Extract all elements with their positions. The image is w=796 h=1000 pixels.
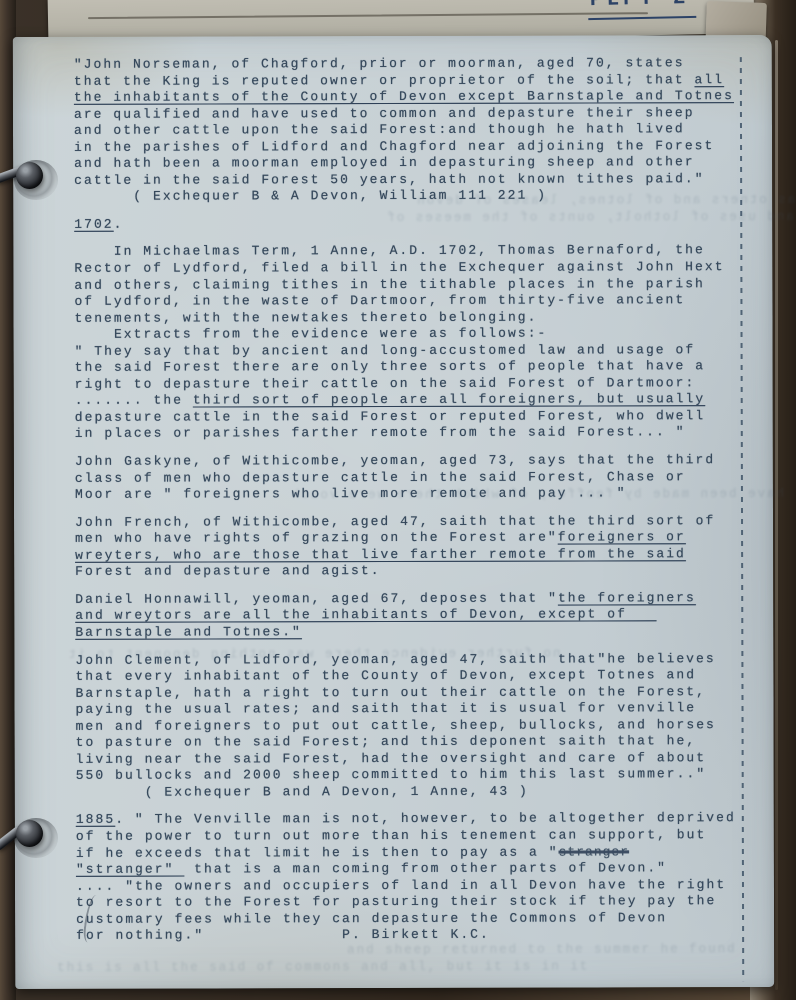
bleed-through-text: no further evidence there was nothing de… xyxy=(66,647,560,662)
text-line: Barnstaple and Totnes." xyxy=(75,623,739,641)
text-line: John Gaskyne, of Withicombe, yeoman, age… xyxy=(75,452,739,470)
text-line: of the power to turn out more than his t… xyxy=(76,827,740,845)
text-segment: right to depasture their cattle on the s… xyxy=(75,375,696,392)
text-segment: Barnstaple, hath a right to turn out the… xyxy=(75,684,706,701)
text-segment: . " The Venville man is not, however, to… xyxy=(115,811,736,828)
text-segment: living near the said Forest, had the ove… xyxy=(76,750,707,767)
text-line: 1885. " The Venville man is not, however… xyxy=(76,811,740,829)
text-line: and other cattle upon the said Forest:an… xyxy=(74,121,738,139)
text-segment: to resort to the Forest for pasturing th… xyxy=(76,893,716,910)
bleed-through-text: might have been made by feoffes, of whic… xyxy=(290,487,796,502)
text-segment: that every inhabitant of the County of D… xyxy=(75,667,696,684)
underlined-text: 1885 xyxy=(76,812,115,827)
back-sheet-fold-line xyxy=(88,12,648,19)
text-line: and others, claiming tithes in the titha… xyxy=(74,276,738,294)
underlined-text: wreyters, who are those that live farthe… xyxy=(75,546,686,563)
underlined-text: Barnstaple and Totnes." xyxy=(75,624,302,640)
binder-post-top xyxy=(0,146,70,216)
text-line: right to depasture their cattle on the s… xyxy=(75,375,739,393)
underlined-text: all xyxy=(694,72,724,87)
text-segment: In Michaelmas Term, 1 Anne, A.D. 1702, T… xyxy=(74,243,705,260)
back-page-label: PLPT 2 xyxy=(588,0,696,20)
text-segment: the said Forest there are only three sor… xyxy=(75,358,706,375)
text-line: John French, of Withicombe, aged 47, sai… xyxy=(75,513,739,531)
text-line: .... "the owners and occupiers of land i… xyxy=(76,877,740,895)
text-segment: tenements, with the newtakes thereto bel… xyxy=(74,309,537,325)
underlined-text: third sort of people are all foreigners,… xyxy=(193,392,705,408)
text-segment: Extracts from the evidence were as follo… xyxy=(75,326,548,342)
text-segment: class of men who depasture cattle in the… xyxy=(75,469,686,486)
underlined-text: and wreytors are all the inhabitants of … xyxy=(75,607,656,624)
underlying-page-edge xyxy=(775,40,778,990)
document-page: "John Norseman, of Chagford, prior or mo… xyxy=(13,35,774,989)
text-segment: .... "the owners and occupiers of land i… xyxy=(76,877,726,894)
text-line: "stranger" that is a man coming from oth… xyxy=(76,860,740,878)
text-line: are qualified and have used to common an… xyxy=(74,105,738,123)
binder-post-bottom xyxy=(0,804,70,874)
text-segment: John Gaskyne, of Withicombe, yeoman, age… xyxy=(75,452,715,469)
text-line: customary fees while they can depasture … xyxy=(76,910,740,928)
text-line: 550 bullocks and 2000 sheep committed to… xyxy=(76,766,740,784)
paragraph: "John Norseman, of Chagford, prior or mo… xyxy=(74,55,738,206)
text-line: Daniel Honnawill, yeoman, aged 67, depos… xyxy=(75,590,739,608)
text-line: living near the said Forest, had the ove… xyxy=(76,750,740,768)
text-segment: cattle in the said Forest 50 years, hath… xyxy=(74,171,705,188)
text-line: to resort to the Forest for pasturing th… xyxy=(76,893,740,911)
binder-post-head xyxy=(16,820,43,847)
paragraph: Daniel Honnawill, yeoman, aged 67, depos… xyxy=(75,590,739,641)
text-line: tenements, with the newtakes thereto bel… xyxy=(74,309,738,327)
text-segment: in the parishes of Lidford and Chagford … xyxy=(74,138,714,155)
text-segment: "John Norseman, of Chagford, prior or mo… xyxy=(74,55,685,72)
underlined-text: the inhabitants of the County of Devon e… xyxy=(74,88,734,105)
underlined-text: "stranger" xyxy=(76,862,184,877)
text-segment: in places or parishes farther remote fro… xyxy=(75,425,686,442)
text-line: to pasture on the said Forest; and this … xyxy=(76,733,740,751)
text-line: Rector of Lydford, filed a bill in the E… xyxy=(74,259,738,277)
text-segment: Rector of Lydford, filed a bill in the E… xyxy=(74,259,724,276)
text-line: men and foreigners to put out cattle, sh… xyxy=(76,717,740,735)
text-segment: that the King is reputed owner or propri… xyxy=(74,72,695,89)
paragraph: John Clement, of Lidford, yeoman, aged 4… xyxy=(75,651,739,802)
text-line: in the parishes of Lidford and Chagford … xyxy=(74,138,738,156)
text-line: in places or parishes farther remote fro… xyxy=(75,425,739,443)
bleed-through-text: this is all the said of commons and all,… xyxy=(57,959,589,974)
bleed-through-text: and sheep returned to the summer he foun… xyxy=(347,942,737,957)
text-line: if he exceeds that limit he is then to p… xyxy=(76,844,740,862)
text-segment: ....... the xyxy=(75,393,193,408)
text-line: cattle in the said Forest 50 years, hath… xyxy=(74,171,738,189)
text-line: In Michaelmas Term, 1 Anne, A.D. 1702, T… xyxy=(74,243,738,261)
text-line: the inhabitants of the County of Devon e… xyxy=(74,88,738,106)
text-segment: and hath been a moorman employed in depa… xyxy=(74,154,695,171)
text-line: the said Forest there are only three sor… xyxy=(75,358,739,376)
text-line: wreyters, who are those that live farthe… xyxy=(75,546,739,564)
paragraph: 1885. " The Venville man is not, however… xyxy=(76,811,740,945)
text-segment: John French, of Withicombe, aged 47, sai… xyxy=(75,513,715,530)
underlined-text: foreigners or xyxy=(558,529,686,544)
text-segment: to pasture on the said Forest; and this … xyxy=(76,733,697,750)
bleed-through-text: pasture, and uses of lotholt, ounts of t… xyxy=(385,210,796,225)
paragraph: In Michaelmas Term, 1 Anne, A.D. 1702, T… xyxy=(74,243,739,443)
text-segment: ( Exchequer B and A Devon, 1 Anne, 43 ) xyxy=(76,784,529,800)
text-segment: 550 bullocks and 2000 sheep committed to… xyxy=(76,767,707,784)
text-segment: paying the usual rates; and saith that i… xyxy=(75,700,696,717)
photo-of-bound-page: PLPT 2 "John Norseman, of Chagford, prio… xyxy=(0,0,796,1000)
text-segment: Daniel Honnawill, yeoman, aged 67, depos… xyxy=(75,590,558,606)
text-segment: . xyxy=(114,217,124,232)
bleed-through-text: sher as otners and of lotnes, leases of … xyxy=(415,193,796,208)
text-line: Barnstaple, hath a right to turn out the… xyxy=(75,684,739,702)
text-segment: men who have rights of grazing on the Fo… xyxy=(75,530,558,546)
text-segment: for nothing." P. Birkett K.C. xyxy=(76,927,490,943)
text-segment: and other cattle upon the said Forest:an… xyxy=(74,121,685,138)
text-line: " They say that by ancient and long-accu… xyxy=(75,342,739,360)
text-line: of Lydford, in the waste of Dartmoor, fr… xyxy=(74,292,738,310)
text-line: and hath been a moorman employed in depa… xyxy=(74,154,738,172)
text-segment: if he exceeds that limit he is then to p… xyxy=(76,844,559,860)
text-line: and wreytors are all the inhabitants of … xyxy=(75,607,739,625)
text-line: ( Exchequer B and A Devon, 1 Anne, 43 ) xyxy=(76,783,740,801)
text-segment: Forest and depasture and agist. xyxy=(75,563,380,579)
text-segment: of Lydford, in the waste of Dartmoor, fr… xyxy=(74,292,685,309)
text-line: paying the usual rates; and saith that i… xyxy=(75,700,739,718)
text-line: that the King is reputed owner or propri… xyxy=(74,72,738,90)
text-segment: are qualified and have used to common an… xyxy=(74,105,695,122)
text-line: "John Norseman, of Chagford, prior or mo… xyxy=(74,55,738,73)
text-segment: depasture cattle in the said Forest or r… xyxy=(75,408,706,425)
text-segment: that is a man coming from other parts of… xyxy=(184,860,667,876)
text-line: class of men who depasture cattle in the… xyxy=(75,469,739,487)
document-body: "John Norseman, of Chagford, prior or mo… xyxy=(74,55,740,956)
binder-post-head xyxy=(16,162,43,189)
text-segment: customary fees while they can depasture … xyxy=(76,910,667,927)
text-line: that every inhabitant of the County of D… xyxy=(75,667,739,685)
paragraph: John French, of Withicombe, aged 47, sai… xyxy=(75,513,739,581)
underlined-text: 1702 xyxy=(74,217,113,232)
struck-text: stranger xyxy=(559,844,629,859)
text-line: men who have rights of grazing on the Fo… xyxy=(75,529,739,547)
text-line: Extracts from the evidence were as follo… xyxy=(75,325,739,343)
text-line: Forest and depasture and agist. xyxy=(75,562,739,580)
text-line: depasture cattle in the said Forest or r… xyxy=(75,408,739,426)
underlined-text: the foreigners xyxy=(558,590,696,605)
text-line: ....... the third sort of people are all… xyxy=(75,391,739,409)
text-segment: " They say that by ancient and long-accu… xyxy=(75,342,696,359)
text-segment: and others, claiming tithes in the titha… xyxy=(74,276,705,293)
text-segment: of the power to turn out more than his t… xyxy=(76,827,707,844)
text-segment: men and foreigners to put out cattle, sh… xyxy=(76,717,716,734)
